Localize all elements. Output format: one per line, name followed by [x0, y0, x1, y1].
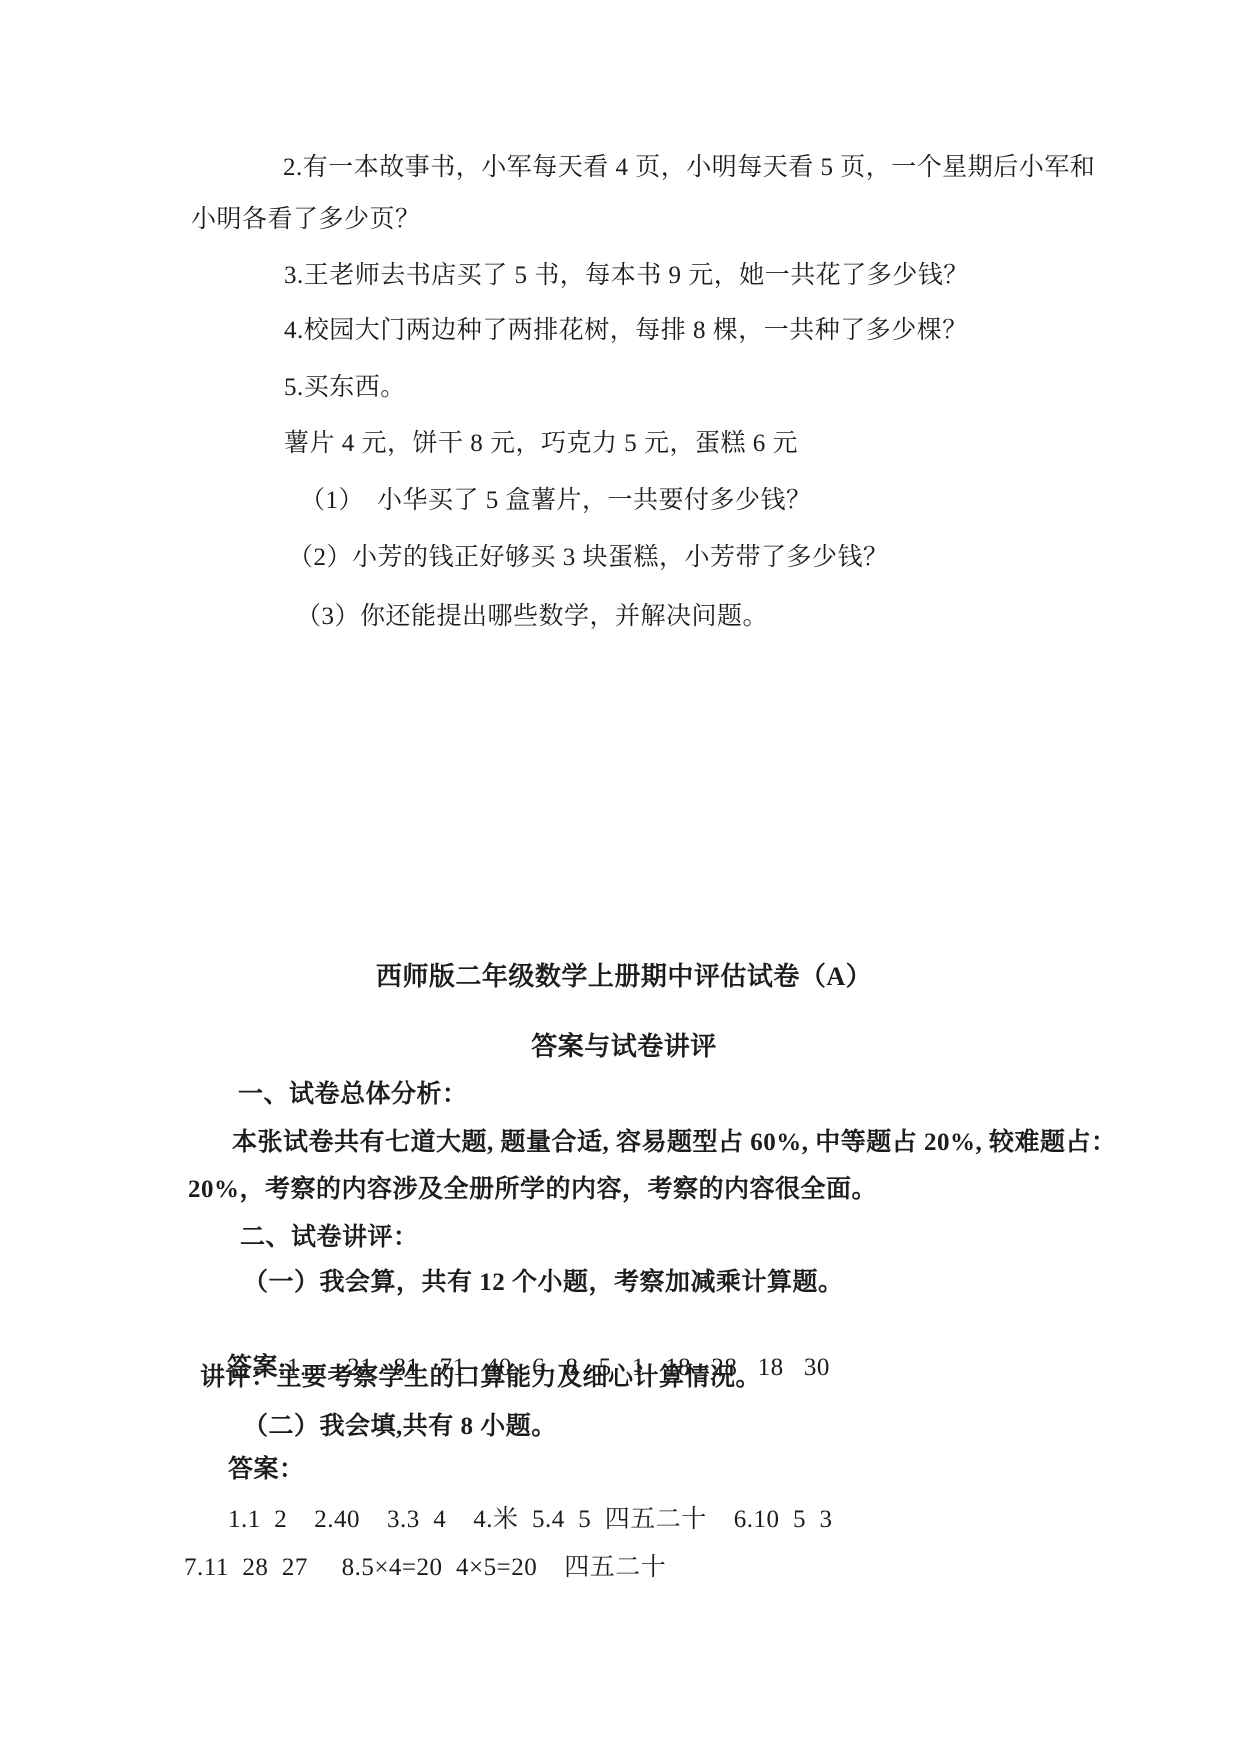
- part2-answers-row-2: 7.11 28 27 8.5×4=20 4×5=20 四五二十: [184, 1550, 666, 1586]
- document-page: 2.有一本故事书，小军每天看 4 页，小明每天看 5 页，一个星期后小军和 小明…: [0, 0, 1241, 1754]
- question-3: 3.王老师去书店买了 5 书，每本书 9 元，她一共花了多少钱？: [284, 258, 969, 294]
- overview-heading: 一、试卷总体分析：: [238, 1077, 468, 1113]
- question-5-sub-1: （1） 小华买了 5 盒薯片，一共要付多少钱？: [300, 483, 812, 519]
- paper-subtitle: 答案与试卷讲评: [170, 1029, 1078, 1065]
- paper-title: 西师版二年级数学上册期中评估试卷（A）: [170, 959, 1078, 995]
- question-5-sub-3: （3）你还能提出哪些数学，并解决问题。: [296, 599, 768, 635]
- question-2-line-1: 2.有一本故事书，小军每天看 4 页，小明每天看 5 页，一个星期后小军和: [283, 150, 1095, 186]
- overview-line-2: 20%，考察的内容涉及全册所学的内容，考察的内容很全面。: [188, 1172, 877, 1208]
- question-5-sub-2: （2）小芳的钱正好够买 3 块蛋糕，小芳带了多少钱？: [288, 540, 889, 576]
- review-heading: 二、试卷讲评：: [240, 1220, 419, 1256]
- part2-heading: （二）我会填,共有 8 小题。: [243, 1409, 557, 1445]
- question-5: 5.买东西。: [284, 370, 406, 406]
- question-5-prices: 薯片 4 元，饼干 8 元，巧克力 5 元，蛋糕 6 元: [284, 426, 798, 462]
- question-2-line-2: 小明各看了多少页？: [191, 202, 421, 238]
- part2-answers-row-1: 1.1 2 2.40 3.3 4 4.米 5.4 5 四五二十 6.10 5 3: [228, 1502, 833, 1538]
- part1-comment: 讲评：主要考察学生的口算能力及细心计算情况。: [200, 1360, 761, 1396]
- overview-line-1: 本张试卷共有七道大题, 题量合适, 容易题型占 60%, 中等题占 20%, 较…: [232, 1125, 1117, 1161]
- question-4: 4.校园大门两边种了两排花树，每排 8 棵，一共种了多少棵？: [284, 313, 968, 349]
- part1-heading: （一）我会算，共有 12 个小题，考察加减乘计算题。: [243, 1265, 844, 1301]
- part2-answer-label: 答案：: [228, 1452, 305, 1488]
